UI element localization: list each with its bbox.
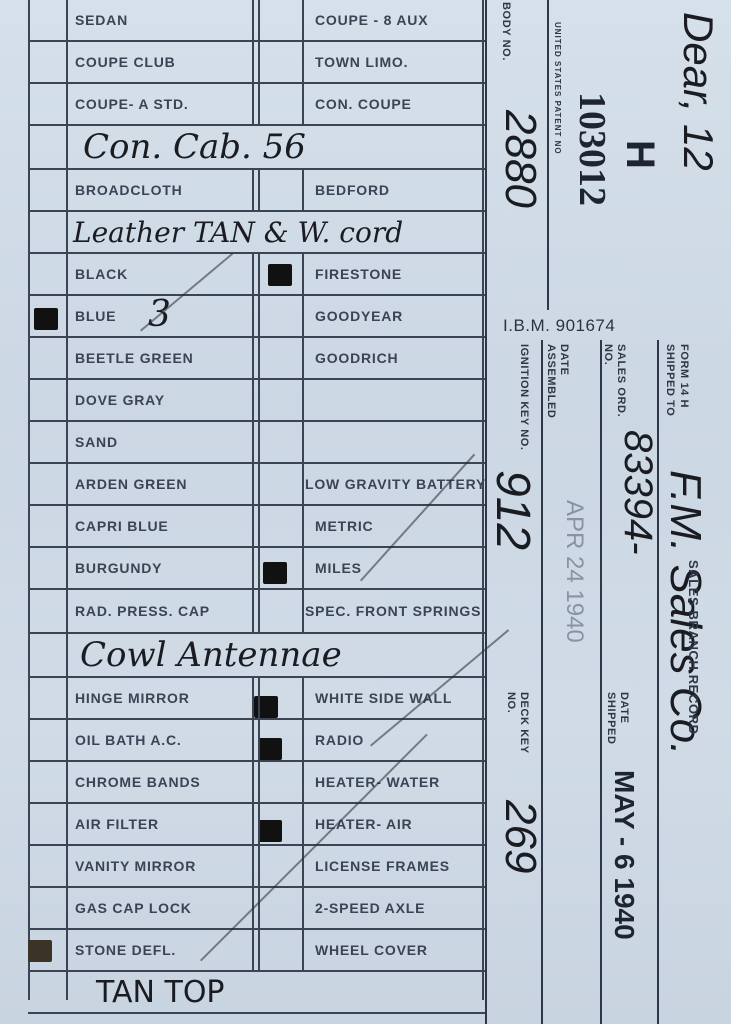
- ignition-key-value: 912: [485, 470, 540, 550]
- option-row: COUPE- A STD. CON. COUPE: [28, 84, 485, 126]
- option-label: BURGUNDY: [75, 548, 162, 588]
- column-line: [600, 340, 602, 1024]
- option-row: BLUE 3 GOODYEAR: [28, 296, 485, 338]
- option-label: STONE DEFL.: [75, 930, 176, 970]
- option-row: SAND: [28, 422, 485, 464]
- grid-line: [302, 254, 304, 634]
- option-label: SPEC. FRONT SPRINGS: [305, 590, 481, 632]
- option-label: GOODRICH: [315, 338, 398, 378]
- option-row: CAPRI BLUE METRIC: [28, 506, 485, 548]
- option-row: BURGUNDY MILES: [28, 548, 485, 590]
- option-label: RAD. PRESS. CAP: [75, 590, 210, 632]
- grid-line: [252, 254, 254, 634]
- handwritten-row: Leather TAN & W. cord: [28, 212, 485, 254]
- punch-mark: [263, 562, 287, 584]
- handwritten-body-type: Con. Cab. 56: [83, 126, 306, 168]
- deck-key-value: 269: [495, 800, 545, 873]
- column-line: [547, 0, 549, 310]
- handwritten-body-number: 2880: [495, 110, 545, 208]
- option-label: TOWN LIMO.: [315, 42, 408, 82]
- punch-mark: [28, 940, 52, 962]
- option-label: DOVE GRAY: [75, 380, 165, 420]
- option-label: MILES: [315, 548, 362, 588]
- punch-mark: [268, 264, 292, 286]
- option-label: CHROME BANDS: [75, 762, 201, 802]
- grid-line: [252, 0, 254, 126]
- body-number: 103012: [570, 92, 614, 206]
- option-label: BEDFORD: [315, 170, 390, 210]
- handwritten-row: TAN TOP: [28, 972, 485, 1014]
- grid-line: [258, 0, 260, 126]
- deck-key-label: DECK KEY NO.: [504, 692, 530, 762]
- option-row: BEETLE GREEN GOODRICH: [28, 338, 485, 380]
- punch-mark: [258, 738, 282, 760]
- option-label: LICENSE FRAMES: [315, 846, 450, 886]
- option-label: HEATER- AIR: [315, 804, 412, 844]
- body-no-label: BODY NO.: [499, 2, 512, 61]
- sales-order-label: SALES ORD. NO.: [601, 344, 627, 434]
- option-label: METRIC: [315, 506, 373, 546]
- option-label: BROADCLOTH: [75, 170, 183, 210]
- option-row: VANITY MIRROR LICENSE FRAMES: [28, 846, 485, 888]
- handwritten-upholstery: Leather TAN & W. cord: [73, 212, 403, 252]
- patent-text: UNITED STATES PATENT NO: [553, 22, 562, 155]
- punch-mark: [34, 308, 58, 330]
- option-label: BEETLE GREEN: [75, 338, 194, 378]
- grid-line: [252, 678, 254, 972]
- grid-line: [252, 170, 254, 212]
- shipped-to-value: F.M. Sales Co.: [660, 470, 710, 755]
- option-label: COUPE- A STD.: [75, 84, 189, 124]
- grid-line: [258, 170, 260, 212]
- grid-line: [302, 170, 304, 212]
- options-grid: SEDAN COUPE - 8 AUX COUPE CLUB TOWN LIMO…: [28, 0, 485, 1000]
- option-label: 2-SPEED AXLE: [315, 888, 425, 928]
- option-label: SAND: [75, 422, 118, 462]
- option-label: OIL BATH A.C.: [75, 720, 182, 760]
- grid-line: [302, 0, 304, 126]
- grid-line: [302, 678, 304, 972]
- option-label: CAPRI BLUE: [75, 506, 169, 546]
- option-label: GOODYEAR: [315, 296, 403, 336]
- option-row: SEDAN COUPE - 8 AUX: [28, 0, 485, 42]
- date-assembled-label: DATE ASSEMBLED: [544, 344, 570, 444]
- option-label: COUPE - 8 AUX: [315, 0, 428, 40]
- grid-line: [258, 678, 260, 972]
- option-label: HINGE MIRROR: [75, 678, 190, 718]
- option-row: HINGE MIRROR WHITE SIDE WALL: [28, 678, 485, 720]
- option-label: FIRESTONE: [315, 254, 402, 294]
- option-label: ARDEN GREEN: [75, 464, 187, 504]
- sales-branch-record-card: SEDAN COUPE - 8 AUX COUPE CLUB TOWN LIMO…: [0, 0, 731, 1024]
- punch-mark: [258, 820, 282, 842]
- form-id-label: FORM 14 H: [677, 344, 690, 408]
- option-row: CHROME BANDS HEATER- WATER: [28, 762, 485, 804]
- option-label: RADIO: [315, 720, 364, 760]
- option-row: BLACK FIRESTONE: [28, 254, 485, 296]
- option-label: CON. COUPE: [315, 84, 412, 124]
- option-row: RAD. PRESS. CAP SPEC. FRONT SPRINGS: [28, 590, 485, 634]
- handwritten-row: Con. Cab. 56: [28, 126, 485, 170]
- option-label: GAS CAP LOCK: [75, 888, 192, 928]
- record-title: SALES BRANCH RECORD: [687, 560, 700, 735]
- option-label: BLACK: [75, 254, 128, 294]
- option-row: BROADCLOTH BEDFORD: [28, 170, 485, 212]
- sales-order-value: 83394-: [615, 430, 660, 555]
- option-label: BLUE: [75, 296, 116, 336]
- option-row: OIL BATH A.C. RADIO: [28, 720, 485, 762]
- date-assembled-value: APR 24 1940: [560, 500, 588, 643]
- option-row: AIR FILTER HEATER- AIR: [28, 804, 485, 846]
- option-label: AIR FILTER: [75, 804, 159, 844]
- date-shipped-label: DATE SHIPPED: [604, 692, 630, 762]
- option-label: COUPE CLUB: [75, 42, 176, 82]
- grid-line: [258, 254, 260, 634]
- option-row: GAS CAP LOCK 2-SPEED AXLE: [28, 888, 485, 930]
- option-row: STONE DEFL. WHEEL COVER: [28, 930, 485, 972]
- handwritten-accessory: Cowl Antennae: [80, 634, 342, 676]
- handwritten-row: Cowl Antennae: [28, 634, 485, 678]
- body-prefix: H: [617, 140, 662, 169]
- option-label: WHEEL COVER: [315, 930, 428, 970]
- option-label: WHITE SIDE WALL: [315, 678, 452, 718]
- ignition-key-label: IGNITION KEY NO.: [517, 344, 530, 454]
- column-line: [541, 340, 543, 1024]
- ibm-number: I.B.M. 901674: [503, 316, 615, 336]
- handwritten-header-note: Dear, 12: [674, 12, 722, 171]
- handwritten-top: TAN TOP: [96, 972, 225, 1012]
- shipped-to-label: SHIPPED TO: [663, 344, 676, 416]
- option-label: VANITY MIRROR: [75, 846, 196, 886]
- date-shipped-value: MAY - 6 1940: [608, 770, 640, 940]
- option-row: DOVE GRAY: [28, 380, 485, 422]
- option-label: SEDAN: [75, 0, 128, 40]
- option-row: COUPE CLUB TOWN LIMO.: [28, 42, 485, 84]
- option-row: ARDEN GREEN LOW GRAVITY BATTERY: [28, 464, 485, 506]
